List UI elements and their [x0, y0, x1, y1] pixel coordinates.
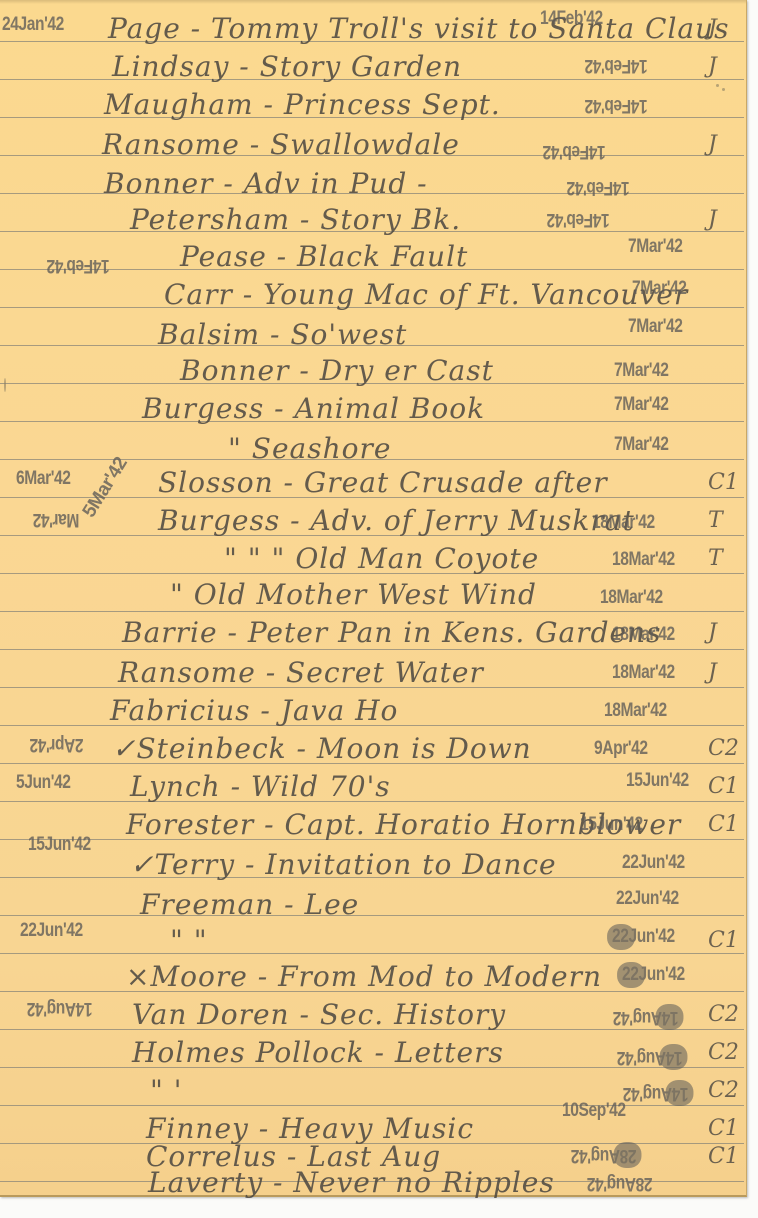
handwritten-entry: Pease - Black Fault [180, 240, 468, 273]
handwritten-entry: Lindsay - Story Garden [112, 50, 462, 83]
due-date-stamp: 18Mar'42 [604, 700, 667, 722]
catalog-card: 24Jan'4214Feb'426Mar'425Mar'42Mar'422Apr… [0, 0, 747, 1197]
due-date-stamp: 14Aug'42 [617, 1046, 682, 1068]
due-date-stamp: 14Feb'42 [547, 208, 610, 230]
handwritten-entry: Laverty - Never no Ripples [148, 1166, 555, 1199]
margin-mark: J [708, 16, 717, 41]
due-date-stamp: 14Feb'42 [540, 8, 603, 30]
due-date-stamp: 18Mar'42 [612, 662, 675, 684]
ruled-line [0, 649, 744, 650]
due-date-stamp: 15Jun'42 [626, 770, 689, 792]
margin-mark: C1 [708, 812, 739, 837]
margin-mark: C2 [708, 1002, 739, 1027]
due-date-stamp: 22Jun'42 [622, 852, 685, 874]
date-stamp: 14Aug'42 [27, 997, 92, 1019]
due-date-stamp: 18Mar'42 [612, 624, 675, 646]
margin-mark: J [708, 207, 717, 232]
due-date-stamp: 28Aug'42 [571, 1144, 636, 1166]
handwritten-entry: " ' [150, 1074, 182, 1107]
dust-speck [716, 84, 719, 87]
due-date-stamp: 14Feb'42 [585, 54, 648, 76]
margin-mark: C1 [708, 1116, 739, 1141]
due-date-stamp: 7Mar'42 [632, 278, 687, 300]
handwritten-entry: Freeman - Lee [140, 888, 359, 921]
due-date-stamp: 7Mar'42 [614, 394, 669, 416]
due-date-stamp: 28Aug'42 [587, 1172, 652, 1194]
margin-mark: C1 [708, 928, 739, 953]
margin-mark: C2 [708, 1078, 739, 1103]
handwritten-entry: Burgess - Adv. of Jerry Muskrat [158, 504, 635, 537]
handwritten-entry: " Old Mother West Wind [170, 578, 537, 611]
margin-mark: T [708, 508, 723, 533]
handwritten-entry: ×Moore - From Mod to Modern [126, 960, 602, 993]
margin-mark: J [708, 132, 717, 157]
margin-mark: C1 [708, 470, 739, 495]
ruled-line [0, 953, 744, 954]
date-stamp: 5Jun'42 [16, 772, 71, 794]
due-date-stamp: 14Feb'42 [585, 94, 648, 116]
due-date-stamp: 18Mar'42 [600, 587, 663, 609]
handwritten-entry: " " " Old Man Coyote [224, 542, 539, 575]
margin-mark: C2 [708, 1040, 739, 1065]
handwritten-entry: Burgess - Animal Book [142, 392, 485, 425]
handwritten-entry: Bonner - Adv in Pud - [104, 167, 428, 200]
handwritten-entry: " Seashore [228, 432, 391, 465]
date-stamp: 14Feb'42 [47, 254, 110, 276]
margin-mark: C1 [708, 1144, 739, 1169]
handwritten-entry: ✓Steinbeck - Moon is Down [112, 732, 532, 765]
date-stamp: 24Jan'42 [2, 14, 64, 36]
ruled-line [0, 915, 744, 916]
margin-mark: C2 [708, 736, 739, 761]
due-date-stamp: 14Aug'42 [613, 1006, 678, 1028]
date-stamp: Mar'42 [33, 508, 79, 530]
handwritten-entry: " " [170, 924, 208, 957]
date-stamp: 5Mar'42 [79, 454, 133, 522]
handwritten-entry: ✓Terry - Invitation to Dance [130, 848, 557, 881]
handwritten-entry: Ransome - Swallowdale [102, 128, 460, 161]
handwritten-entry: Slosson - Great Crusade after [158, 466, 608, 499]
date-stamp: 2Apr'42 [30, 733, 84, 755]
due-date-stamp: 7Mar'42 [628, 236, 683, 258]
margin-mark: J [708, 660, 717, 685]
handwritten-entry: Barrie - Peter Pan in Kens. Gardens [122, 616, 661, 649]
handwritten-entry: Maugham - Princess Sept. [104, 88, 501, 121]
handwritten-entry: Petersham - Story Bk. [130, 203, 461, 236]
due-date-stamp: 10Sep'42 [562, 1100, 626, 1122]
margin-mark: T [708, 546, 723, 571]
handwritten-entry: Ransome - Secret Water [118, 656, 484, 689]
date-stamp: 6Mar'42 [16, 468, 71, 490]
date-stamp: 22Jun'42 [20, 920, 83, 942]
due-date-stamp: 22Jun'42 [622, 964, 685, 986]
due-date-stamp: 15Jun'42 [580, 814, 643, 836]
ruled-line [0, 1105, 744, 1106]
handwritten-entry: Page - Tommy Troll's visit to Santa Clau… [108, 12, 730, 45]
ruled-line [0, 611, 744, 612]
handwritten-entry: Balsim - So'west [158, 318, 407, 351]
handwritten-entry: Bonner - Dry er Cast [180, 354, 494, 387]
handwritten-entry: Holmes Pollock - Letters [132, 1036, 504, 1069]
due-date-stamp: 18Mar'42 [612, 549, 675, 571]
due-date-stamp: 18Mar'42 [592, 512, 655, 534]
due-date-stamp: 14Feb'42 [543, 140, 606, 162]
handwritten-entry: Fabricius - Java Ho [110, 694, 398, 727]
dust-speck [4, 378, 6, 392]
due-date-stamp: 22Jun'42 [612, 926, 675, 948]
handwritten-entry: Van Doren - Sec. History [132, 998, 506, 1031]
margin-mark: C1 [708, 774, 739, 799]
due-date-stamp: 9Apr'42 [594, 738, 648, 760]
due-date-stamp: 14Feb'42 [567, 176, 630, 198]
handwritten-entry: Carr - Young Mac of Ft. Vancouver [164, 278, 688, 311]
due-date-stamp: 22Jun'42 [616, 888, 679, 910]
due-date-stamp: 7Mar'42 [628, 316, 683, 338]
dust-speck [722, 88, 725, 91]
due-date-stamp: 7Mar'42 [614, 360, 669, 382]
due-date-stamp: 14Aug'42 [623, 1082, 688, 1104]
margin-mark: J [708, 54, 717, 79]
due-date-stamp: 7Mar'42 [614, 434, 669, 456]
date-stamp: 15Jun'42 [28, 834, 91, 856]
margin-mark: J [708, 620, 717, 645]
handwritten-entry: Lynch - Wild 70's [130, 770, 391, 803]
card-top-edge [0, 0, 746, 4]
